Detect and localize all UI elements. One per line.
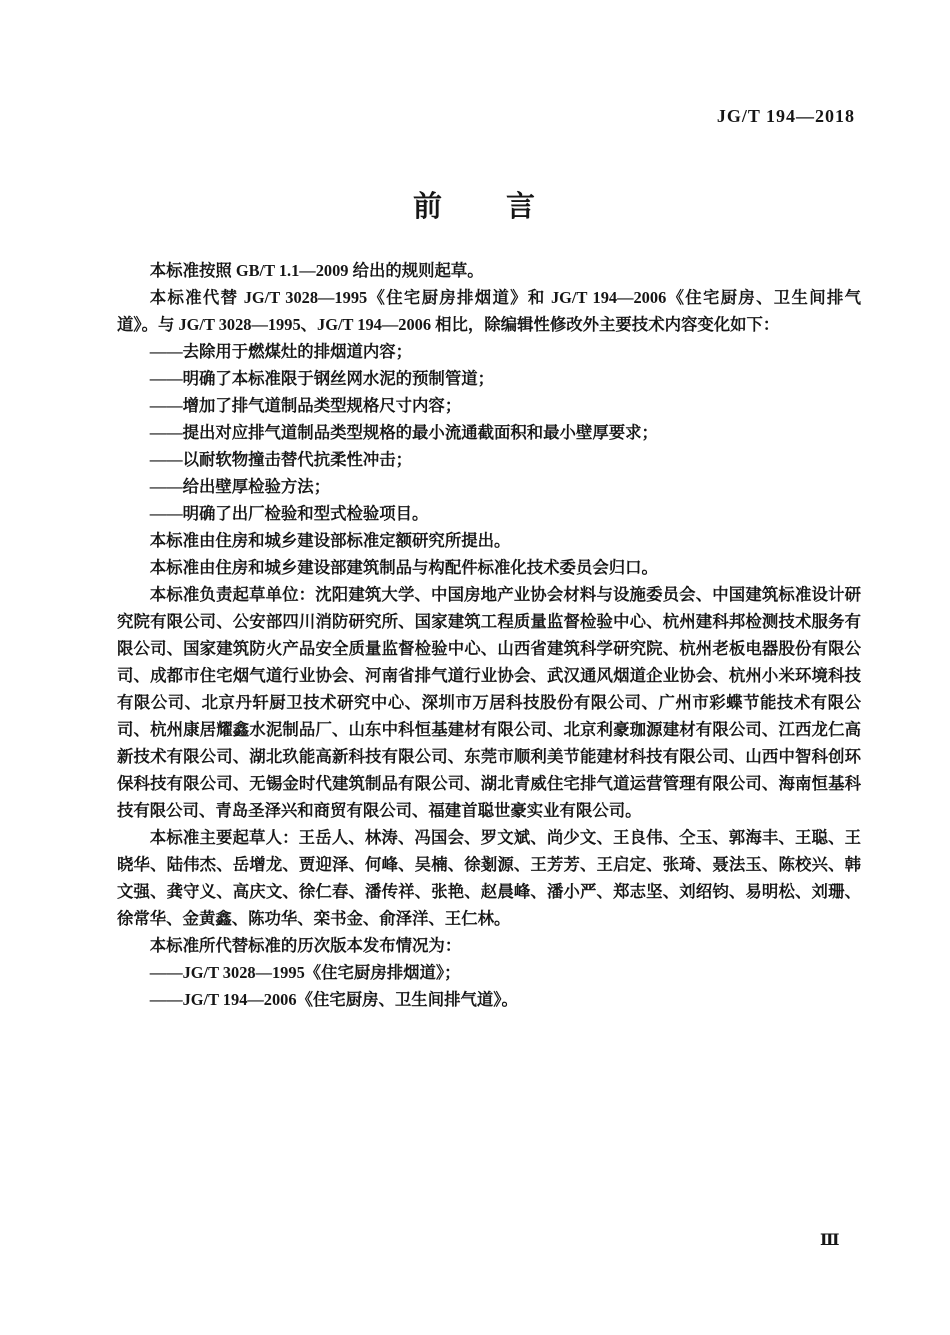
foreword-paragraph: 本标准代替 JG/T 3028—1995《住宅厨房排烟道》和 JG/T 194—… — [117, 284, 861, 338]
foreword-body: 本标准按照 GB/T 1.1—2009 给出的规则起草。本标准代替 JG/T 3… — [117, 257, 861, 1013]
foreword-paragraph: 本标准由住房和城乡建设部建筑制品与构配件标准化技术委员会归口。 — [117, 554, 861, 581]
foreword-paragraph: ——去除用于燃煤灶的排烟道内容； — [117, 338, 861, 365]
foreword-paragraph: ——增加了排气道制品类型规格尺寸内容； — [117, 392, 861, 419]
foreword-paragraph: 本标准按照 GB/T 1.1—2009 给出的规则起草。 — [117, 257, 861, 284]
foreword-paragraph: 本标准所代替标准的历次版本发布情况为： — [117, 932, 861, 959]
page-title: 前 言 — [0, 184, 950, 225]
foreword-paragraph: 本标准负责起草单位：沈阳建筑大学、中国房地产业协会材料与设施委员会、中国建筑标准… — [117, 581, 861, 824]
foreword-paragraph: ——以耐软物撞击替代抗柔性冲击； — [117, 446, 861, 473]
foreword-paragraph: ——明确了出厂检验和型式检验项目。 — [117, 500, 861, 527]
foreword-paragraph: ——JG/T 194—2006《住宅厨房、卫生间排气道》。 — [117, 986, 861, 1013]
foreword-paragraph: 本标准主要起草人：王岳人、林涛、冯国会、罗文斌、尚少文、王良伟、仝玉、郭海丰、王… — [117, 824, 861, 932]
foreword-paragraph: ——提出对应排气道制品类型规格的最小流通截面积和最小壁厚要求； — [117, 419, 861, 446]
foreword-paragraph: ——给出壁厚检验方法； — [117, 473, 861, 500]
document-page: JG/T 194—2018 前 言 本标准按照 GB/T 1.1—2009 给出… — [0, 0, 950, 1335]
foreword-paragraph: 本标准由住房和城乡建设部标准定额研究所提出。 — [117, 527, 861, 554]
doc-number: JG/T 194—2018 — [717, 106, 855, 127]
foreword-paragraph: ——JG/T 3028—1995《住宅厨房排烟道》； — [117, 959, 861, 986]
page-number: Ⅲ — [820, 1230, 839, 1250]
foreword-paragraph: ——明确了本标准限于钢丝网水泥的预制管道； — [117, 365, 861, 392]
